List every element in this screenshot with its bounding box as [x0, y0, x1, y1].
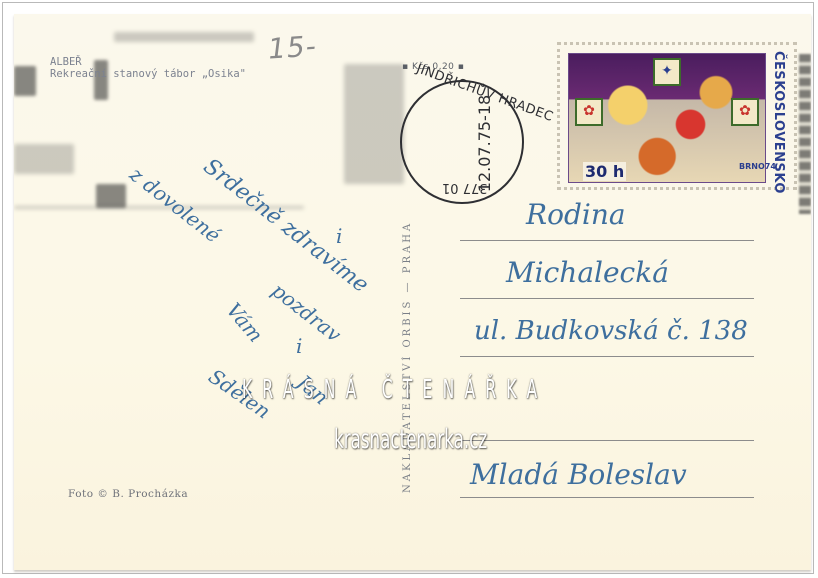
- postage-stamp: ✦ ✿ ✿ 30 h BRNO74 ČESKOSLOVENSKO: [557, 42, 797, 190]
- message-line: i: [296, 334, 302, 358]
- pencil-price: 15-: [267, 29, 318, 65]
- photo-credit: Foto © B. Procházka: [68, 488, 188, 500]
- postmark-date: 12.07.75-18: [475, 95, 494, 192]
- watermark-url: krasnactenarka.cz: [334, 424, 487, 455]
- message-line: Vám: [222, 298, 268, 347]
- lion-emblem-icon: ✿: [731, 98, 759, 126]
- postcard: 15- ALBEŘ Rekreační stanový tábor „Osika…: [14, 14, 811, 570]
- stamp-value: 30 h: [583, 162, 626, 181]
- address-rule: [460, 497, 754, 498]
- address-line: ul. Budkovská č. 138: [474, 316, 748, 346]
- postmark: JINDŘICHŮV HRADEC 1 12.07.75-18 377 01: [400, 80, 524, 204]
- bird-emblem-icon: ✦: [653, 58, 681, 86]
- address-rule: [460, 298, 754, 299]
- message-line: pozdrav: [267, 278, 346, 347]
- postmark-code: 377 01: [442, 180, 488, 195]
- caption-line-1: ALBEŘ: [50, 56, 82, 68]
- caption-line-2: Rekreační stanový tábor „Osika": [50, 68, 246, 80]
- smudge: [114, 32, 254, 42]
- address-line: Rodina: [526, 198, 626, 231]
- stamp-country: ČESKOSLOVENSKO: [766, 51, 786, 185]
- smudge: [96, 184, 126, 208]
- image-viewer-frame: 15- ALBEŘ Rekreační stanový tábor „Osika…: [2, 2, 814, 574]
- address-rule: [460, 356, 754, 357]
- stamp-artwork: ✦ ✿ ✿ 30 h BRNO74: [568, 53, 766, 183]
- publisher-imprint: NAKLADATELSTVÍ ORBIS — PRAHA: [402, 202, 424, 512]
- smudge: [344, 64, 404, 184]
- address-rule: [460, 440, 754, 441]
- torn-edge: [799, 54, 811, 214]
- address-line: Michalecká: [506, 256, 669, 289]
- address-line: Mladá Boleslav: [470, 458, 687, 491]
- smudge: [14, 66, 36, 96]
- smudge: [14, 144, 74, 174]
- lion-emblem-icon: ✿: [575, 98, 603, 126]
- address-rule: [460, 240, 754, 241]
- smudge: [94, 60, 108, 100]
- watermark-title: KRÁSNÁ ČTENÁŘKA: [242, 375, 547, 405]
- message-line: i: [336, 224, 342, 248]
